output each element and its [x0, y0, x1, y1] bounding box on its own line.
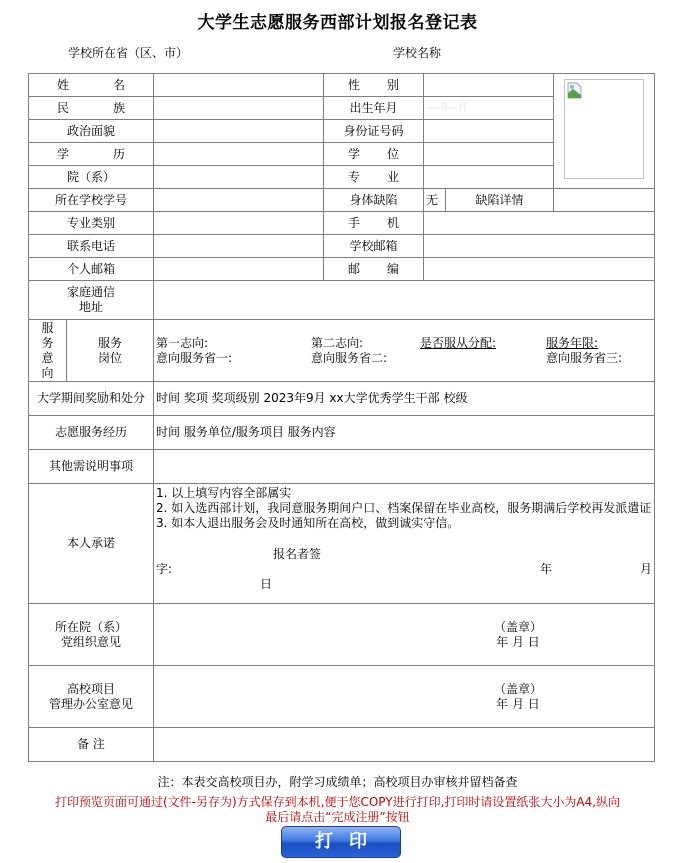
gender-label: 性别 — [324, 74, 424, 97]
row-name: 姓名 性别 — [29, 74, 655, 97]
postcode-field[interactable] — [424, 258, 655, 281]
id-number-field[interactable] — [424, 120, 554, 143]
disability-detail-field[interactable] — [554, 189, 655, 212]
page-title: 大学生志愿服务西部计划报名登记表 — [0, 8, 675, 33]
office-opinion-label: 高校项目管理办公室意见 — [29, 666, 154, 728]
awards-field[interactable]: 时间 奖项 奖项级别 2023年9月 xx大学优秀学生干部 校级 — [154, 382, 655, 416]
school-name-label: 学校名称 — [393, 44, 441, 61]
second-choice[interactable]: 第二志向: — [311, 336, 420, 351]
promise-content: 1. 以上填写内容全部属实 2. 如入选西部计划，我同意服务期间户口、档案保留在… — [154, 484, 655, 604]
volunteer-field[interactable]: 时间 服务单位/服务项目 服务内容 — [154, 416, 655, 450]
disability-field[interactable]: 无 — [424, 189, 446, 212]
row-home-address: 家庭通信地址 — [29, 281, 655, 320]
registration-form: 姓名 性别 民族 出生年月 ----年--月 政治面貌 身份证号码 学历 学位 … — [28, 73, 655, 762]
name-field[interactable] — [154, 74, 324, 97]
row-volunteer: 志愿服务经历 时间 服务单位/服务项目 服务内容 — [29, 416, 655, 450]
political-field[interactable] — [154, 120, 324, 143]
office-opinion-field[interactable]: （盖章）年 月 日 — [154, 666, 655, 728]
other-label: 其他需说明事项 — [29, 450, 154, 484]
id-number-label: 身份证号码 — [324, 120, 424, 143]
disability-label: 身体缺陷 — [324, 189, 424, 212]
home-address-label: 家庭通信地址 — [29, 281, 154, 320]
major-category-field[interactable] — [154, 212, 324, 235]
other-field[interactable] — [154, 450, 655, 484]
student-id-label: 所在学校学号 — [29, 189, 154, 212]
education-label: 学历 — [29, 143, 154, 166]
education-field[interactable] — [154, 143, 324, 166]
mobile-label: 手机 — [324, 212, 424, 235]
political-label: 政治面貌 — [29, 120, 154, 143]
row-promise: 本人承诺 1. 以上填写内容全部属实 2. 如入选西部计划，我同意服务期间户口、… — [29, 484, 655, 604]
row-dept-opinion: 所在院（系）党组织意见 （盖章）年 月 日 — [29, 604, 655, 666]
row-other: 其他需说明事项 — [29, 450, 655, 484]
obey-assignment[interactable]: 是否服从分配: — [420, 336, 546, 351]
service-post-label: 服务岗位 — [67, 320, 154, 382]
promise-label: 本人承诺 — [29, 484, 154, 604]
department-field[interactable] — [154, 166, 324, 189]
dept-opinion-label: 所在院（系）党组织意见 — [29, 604, 154, 666]
name-label: 姓名 — [29, 74, 154, 97]
degree-field[interactable] — [424, 143, 554, 166]
row-remarks: 备 注 — [29, 728, 655, 762]
department-label: 院（系） — [29, 166, 154, 189]
volunteer-label: 志愿服务经历 — [29, 416, 154, 450]
ethnicity-field[interactable] — [154, 97, 324, 120]
remarks-field[interactable] — [154, 728, 655, 762]
ethnicity-label: 民族 — [29, 97, 154, 120]
major-label: 专业 — [324, 166, 424, 189]
row-office-opinion: 高校项目管理办公室意见 （盖章）年 月 日 — [29, 666, 655, 728]
row-service-intent: 服务意向 服务岗位 第一志向: 第二志向: 是否服从分配: 服务年限: 意向服务… — [29, 320, 655, 382]
gender-field[interactable] — [424, 74, 554, 97]
signature-label: 报名者签 — [156, 547, 652, 562]
birth-label: 出生年月 — [324, 97, 424, 120]
dept-opinion-field[interactable]: （盖章）年 月 日 — [154, 604, 655, 666]
row-major-category: 专业类别 手机 — [29, 212, 655, 235]
school-email-label: 学校邮箱 — [324, 235, 424, 258]
major-field[interactable] — [424, 166, 554, 189]
personal-email-label: 个人邮箱 — [29, 258, 154, 281]
home-address-field[interactable] — [154, 281, 655, 320]
province-two[interactable]: 意向服务省二: — [311, 351, 546, 366]
print-button[interactable]: 打印 — [281, 826, 401, 858]
postcode-label: 邮编 — [324, 258, 424, 281]
row-phone: 联系电话 学校邮箱 — [29, 235, 655, 258]
broken-image-icon — [567, 82, 582, 99]
service-intent-label: 服务意向 — [29, 320, 67, 382]
service-years[interactable]: 服务年限: — [546, 336, 598, 351]
photo-placeholder — [564, 79, 644, 179]
mobile-field[interactable] — [424, 212, 655, 235]
phone-field[interactable] — [154, 235, 324, 258]
awards-label: 大学期间奖励和处分 — [29, 382, 154, 416]
photo-cell — [554, 74, 655, 189]
row-awards: 大学期间奖励和处分 时间 奖项 奖项级别 2023年9月 xx大学优秀学生干部 … — [29, 382, 655, 416]
footer-note: 注：本表交高校项目办，附学习成绩单；高校项目办审核并留档备查 — [0, 773, 675, 790]
major-category-label: 专业类别 — [29, 212, 154, 235]
first-choice[interactable]: 第一志向: — [156, 336, 311, 351]
personal-email-field[interactable] — [154, 258, 324, 281]
school-email-field[interactable] — [424, 235, 655, 258]
birth-field[interactable]: ----年--月 — [424, 97, 554, 120]
province-three[interactable]: 意向服务省三: — [546, 351, 622, 366]
service-intent-fields: 第一志向: 第二志向: 是否服从分配: 服务年限: 意向服务省一: 意向服务省二… — [154, 320, 655, 382]
phone-label: 联系电话 — [29, 235, 154, 258]
row-personal-email: 个人邮箱 邮编 — [29, 258, 655, 281]
remarks-label: 备 注 — [29, 728, 154, 762]
degree-label: 学位 — [324, 143, 424, 166]
print-tip: 打印预览页面可通过(文件-另存为)方式保存到本机,便于您COPY进行打印,打印时… — [0, 795, 675, 825]
province-label: 学校所在省（区、市） — [68, 44, 188, 61]
province-one[interactable]: 意向服务省一: — [156, 351, 311, 366]
student-id-field[interactable] — [154, 189, 324, 212]
row-student-id: 所在学校学号 身体缺陷 无 缺陷详情 — [29, 189, 655, 212]
disability-detail-label: 缺陷详情 — [446, 189, 554, 212]
